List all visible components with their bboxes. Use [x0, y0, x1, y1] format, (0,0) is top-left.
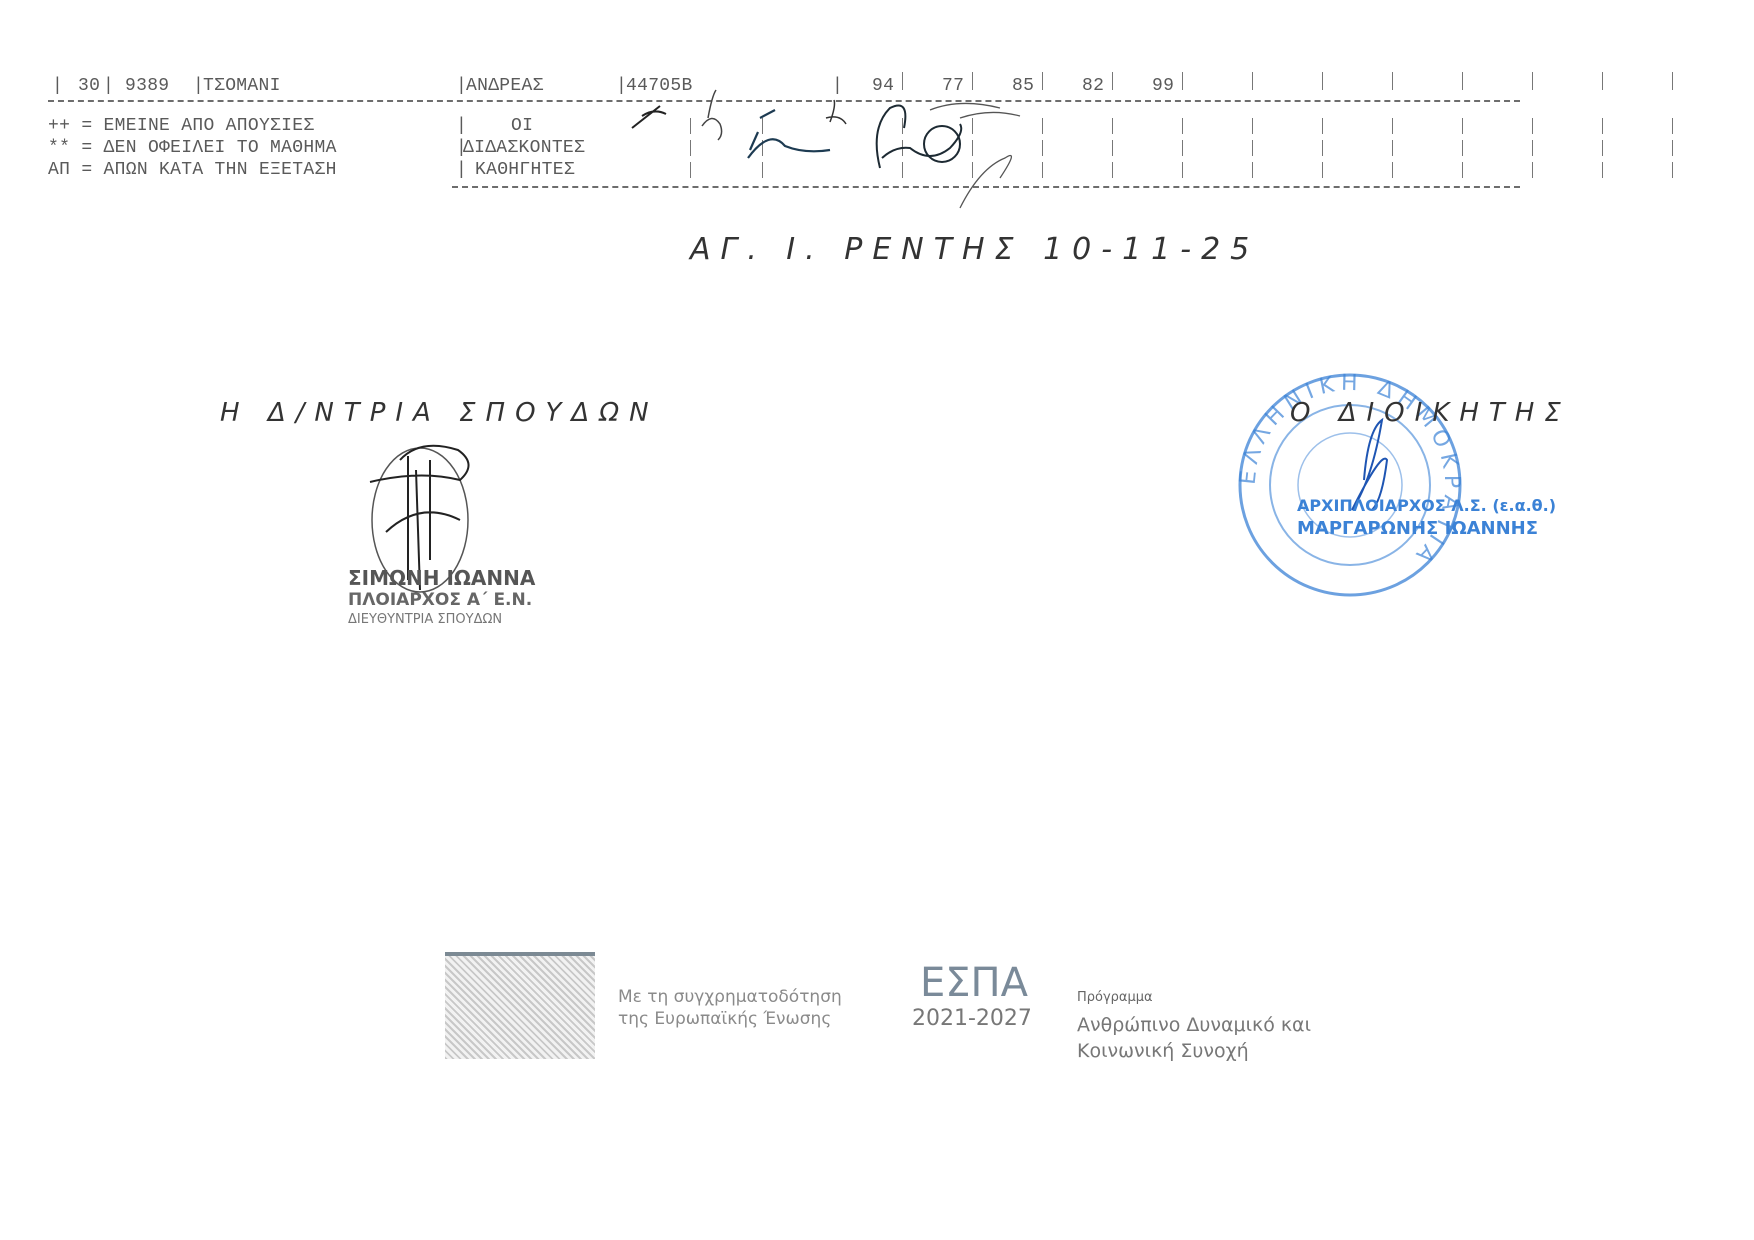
director-position: ΔΙΕΥΘΥΝΤΡΙΑ ΣΠΟΥΔΩΝ	[348, 612, 502, 627]
signature-column-separator	[1322, 140, 1323, 156]
signature-column-separator	[1252, 140, 1253, 156]
legend-item-absences: ++ = ΕΜΕΙΝΕ ΑΠΟ ΑΠΟΥΣΙΕΣ	[48, 116, 314, 136]
signature-column-separator	[1602, 140, 1603, 156]
column-separator	[1532, 72, 1533, 90]
signature-column-separator	[1672, 162, 1673, 178]
column-separator	[1182, 72, 1183, 90]
signature-column-separator	[1462, 140, 1463, 156]
grade-cell: 82	[1082, 76, 1104, 96]
signature-column-separator	[1602, 118, 1603, 134]
legend-meaning: ΕΜΕΙΝΕ ΑΠΟ ΑΠΟΥΣΙΕΣ	[104, 116, 315, 136]
signature-column-separator	[1602, 162, 1603, 178]
legend-meaning: ΔΕΝ ΟΦΕΙΛΕΙ ΤΟ ΜΑΘΗΜΑ	[104, 138, 337, 158]
teachers-label-line: ΚΑΘΗΓΗΤΕΣ	[475, 160, 575, 180]
signature-column-separator	[1532, 162, 1533, 178]
cofunding-text: Με τη συγχρηματοδότηση της Ευρωπαϊκής Έν…	[618, 986, 842, 1030]
signature-column-separator	[1182, 140, 1183, 156]
signature-column-separator	[1112, 118, 1113, 134]
commander-rank: ΑΡΧΙΠΛΟΙΑΡΧΟΣ Λ.Σ. (ε.α.θ.)	[1297, 496, 1556, 515]
student-first-name: ΑΝΔΡΕΑΣ	[466, 76, 544, 96]
eu-flag-logo	[445, 952, 595, 1059]
commander-handwritten-title: Ο ΔΙΟΙΚΗΤΗΣ	[1290, 398, 1571, 428]
column-separator	[1672, 72, 1673, 90]
espa-years: 2021-2027	[912, 1006, 1032, 1031]
column-separator	[1602, 72, 1603, 90]
column-separator	[1322, 72, 1323, 90]
row-separator: |	[103, 76, 114, 96]
signature-column-separator	[1532, 118, 1533, 134]
director-rank: ΠΛΟΙΑΡΧΟΣ Α΄ Ε.Ν.	[348, 590, 532, 610]
legend-item-absent-exam: ΑΠ = ΑΠΩΝ ΚΑΤΑ ΤΗΝ ΕΞΕΤΑΣΗ	[48, 160, 337, 180]
director-name: ΣΙΜΩΝΗ ΙΩΑΝΝΑ	[348, 566, 535, 590]
signature-column-separator	[1182, 162, 1183, 178]
signature-column-separator	[1112, 140, 1113, 156]
director-handwritten-title: Η Δ/ΝΤΡΙΑ ΣΠΟΥΔΩΝ	[220, 398, 659, 428]
teacher-signatures	[620, 88, 1060, 218]
signature-column-separator	[1182, 118, 1183, 134]
program-label: Πρόγραμμα	[1077, 990, 1153, 1005]
row-separator: |	[52, 76, 63, 96]
signature-column-separator	[1462, 162, 1463, 178]
column-separator	[1462, 72, 1463, 90]
program-name-line: Ανθρώπινο Δυναμικό και	[1077, 1012, 1311, 1038]
col-separator: |	[456, 116, 467, 136]
legend-symbol: **	[48, 138, 70, 158]
student-surname: ΤΣΟΜΑΝΙ	[203, 76, 281, 96]
grade-cell: 99	[1152, 76, 1174, 96]
signature-column-separator	[1532, 140, 1533, 156]
legend-symbol: ΑΠ	[48, 160, 70, 180]
signature-column-separator	[1672, 118, 1673, 134]
legend-symbol: ++	[48, 116, 70, 136]
signature-column-separator	[1392, 140, 1393, 156]
program-name: Ανθρώπινο Δυναμικό και Κοινωνική Συνοχή	[1077, 1012, 1311, 1064]
handwritten-note: ΑΓ. Ι. ΡΕΝΤΗΣ 10-11-25	[690, 232, 1259, 267]
col-separator: |	[456, 160, 467, 180]
signature-column-separator	[1392, 162, 1393, 178]
legend-meaning: ΑΠΩΝ ΚΑΤΑ ΤΗΝ ΕΞΕΤΑΣΗ	[104, 160, 337, 180]
espa-logo: ΕΣΠΑ	[920, 960, 1028, 1006]
signature-column-separator	[1322, 118, 1323, 134]
program-name-line: Κοινωνική Συνοχή	[1077, 1038, 1311, 1064]
signature-column-separator	[1252, 118, 1253, 134]
signature-column-separator	[1672, 140, 1673, 156]
column-separator	[1392, 72, 1393, 90]
signature-column-separator	[1252, 162, 1253, 178]
column-separator	[1112, 72, 1113, 90]
signature-column-separator	[1462, 118, 1463, 134]
row-number: 30	[78, 76, 100, 96]
teachers-label-line: ΟΙ	[511, 116, 533, 136]
signature-column-separator	[1112, 162, 1113, 178]
teachers-label-line: ΔΙΔΑΣΚΟΝΤΕΣ	[463, 138, 585, 158]
commander-name: ΜΑΡΓΑΡΩΝΗΣ ΙΩΑΝΝΗΣ	[1297, 518, 1538, 539]
signature-column-separator	[1392, 118, 1393, 134]
registration-number: 9389	[125, 76, 169, 96]
cofunding-line: Με τη συγχρηματοδότηση	[618, 986, 842, 1008]
signature-column-separator	[1322, 162, 1323, 178]
legend-item-not-owed: ** = ΔΕΝ ΟΦΕΙΛΕΙ ΤΟ ΜΑΘΗΜΑ	[48, 138, 337, 158]
column-separator	[1252, 72, 1253, 90]
cofunding-line: της Ευρωπαϊκής Ένωσης	[618, 1008, 842, 1030]
